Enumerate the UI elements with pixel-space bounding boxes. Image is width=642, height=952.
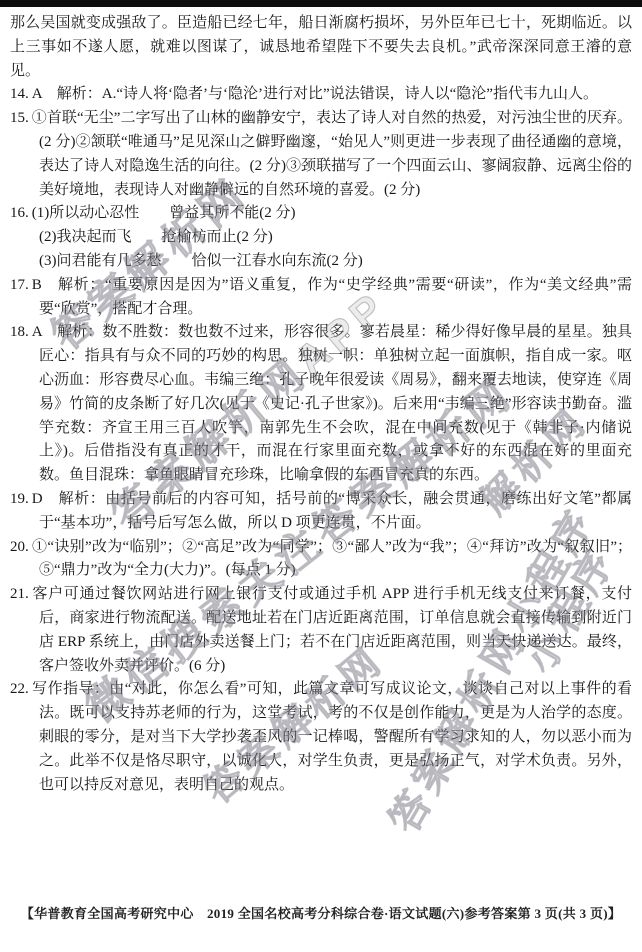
item-number: 17. bbox=[10, 277, 29, 293]
answer-item-17: 17.B 解析：“重要原因是因为”语义重复，作为“史学经典”需要“研读”，作为“… bbox=[10, 274, 632, 322]
answer-item-22: 22.写作指导：由“对此，你怎么看”可知，此篇文章可写成议论文，谈谈自己对以上事… bbox=[10, 678, 632, 797]
answer-item-14: 14.A 解析：A.“诗人将‘隐者’与‘隐沦’进行对比”说法错误，诗人以“隐沦”… bbox=[10, 83, 632, 107]
item-number: 21. bbox=[10, 586, 29, 602]
answer-sheet-content: 那么吴国就变成强敌了。臣造船已经七年，船日渐腐朽损坏，另外臣年已七十，死期临近。… bbox=[10, 12, 632, 797]
item-sub-answer: (2)我决起而飞 抢榆枋而止(2 分) bbox=[39, 226, 632, 250]
item-number: 16. bbox=[10, 205, 29, 221]
item-answer-text: A 解析：A.“诗人将‘隐者’与‘隐沦’进行对比”说法错误，诗人以“隐沦”指代韦… bbox=[32, 86, 598, 102]
item-answer-text: ①首联“无尘”二字写出了山林的幽静安宁，表达了诗人对自然的热爱，对污浊尘世的厌弃… bbox=[32, 110, 632, 197]
answer-item-21: 21.客户可通过餐饮网站进行网上银行支付或通过手机 APP 进行手机无线支付来订… bbox=[10, 583, 632, 678]
item-number: 15. bbox=[10, 110, 29, 126]
answer-item-15: 15.①首联“无尘”二字写出了山林的幽静安宁，表达了诗人对自然的热爱，对污浊尘世… bbox=[10, 107, 632, 202]
answer-item-20: 20.①“诀别”改为“临别”；②“高足”改为“同学”；③“鄙人”改为“我”；④“… bbox=[10, 536, 632, 584]
item-number: 18. bbox=[10, 324, 29, 340]
passage-translation-continuation: 那么吴国就变成强敌了。臣造船已经七年，船日渐腐朽损坏，另外臣年已七十，死期临近。… bbox=[10, 12, 632, 83]
item-answer-text: ①“诀别”改为“临别”；②“高足”改为“同学”；③“鄙人”改为“我”；④“拜访”… bbox=[32, 539, 632, 579]
answer-item-18: 18.A 解析：数不胜数：数也数不过来，形容很多。寥若晨星：稀少得好像早晨的星星… bbox=[10, 321, 632, 488]
answer-item-16: 16.(1)所以动心忍性 曾益其所不能(2 分)(2)我决起而飞 抢榆枋而止(2… bbox=[10, 202, 632, 273]
item-answer-text: 写作指导：由“对此，你怎么看”可知，此篇文章可写成议论文，谈谈自己对以上事件的看… bbox=[32, 681, 632, 792]
item-answer-text: D 解析：由括号前后的内容可知，括号前的“博采众长，融会贯通，磨练出好文笔”都属… bbox=[32, 491, 632, 531]
answer-item-19: 19.D 解析：由括号前后的内容可知，括号前的“博采众长，融会贯通，磨练出好文笔… bbox=[10, 488, 632, 536]
item-sub-answer: (3)问君能有几多愁 恰似一江春水向东流(2 分) bbox=[39, 250, 632, 274]
footer-text: 【华普教育全国高考研究中心 2019 全国名校高考分科综合卷·语文试题(六)参考… bbox=[21, 906, 621, 921]
page-footer: 【华普教育全国高考研究中心 2019 全国名校高考分科综合卷·语文试题(六)参考… bbox=[0, 903, 642, 922]
scan-top-black-bar bbox=[0, 0, 642, 7]
item-answer-text: (1)所以动心忍性 曾益其所不能(2 分) bbox=[32, 205, 296, 221]
answer-items: 14.A 解析：A.“诗人将‘隐者’与‘隐沦’进行对比”说法错误，诗人以“隐沦”… bbox=[10, 83, 632, 797]
item-number: 14. bbox=[10, 86, 29, 102]
item-answer-text: 客户可通过餐饮网站进行网上银行支付或通过手机 APP 进行手机无线支付来订餐，支… bbox=[32, 586, 632, 673]
item-answer-text: B 解析：“重要原因是因为”语义重复，作为“史学经典”需要“研读”，作为“美文经… bbox=[32, 277, 632, 317]
item-number: 22. bbox=[10, 681, 29, 697]
item-answer-text: A 解析：数不胜数：数也数不过来，形容很多。寥若晨星：稀少得好像早晨的星星。独具… bbox=[32, 324, 632, 483]
item-number: 20. bbox=[10, 539, 29, 555]
item-number: 19. bbox=[10, 491, 29, 507]
